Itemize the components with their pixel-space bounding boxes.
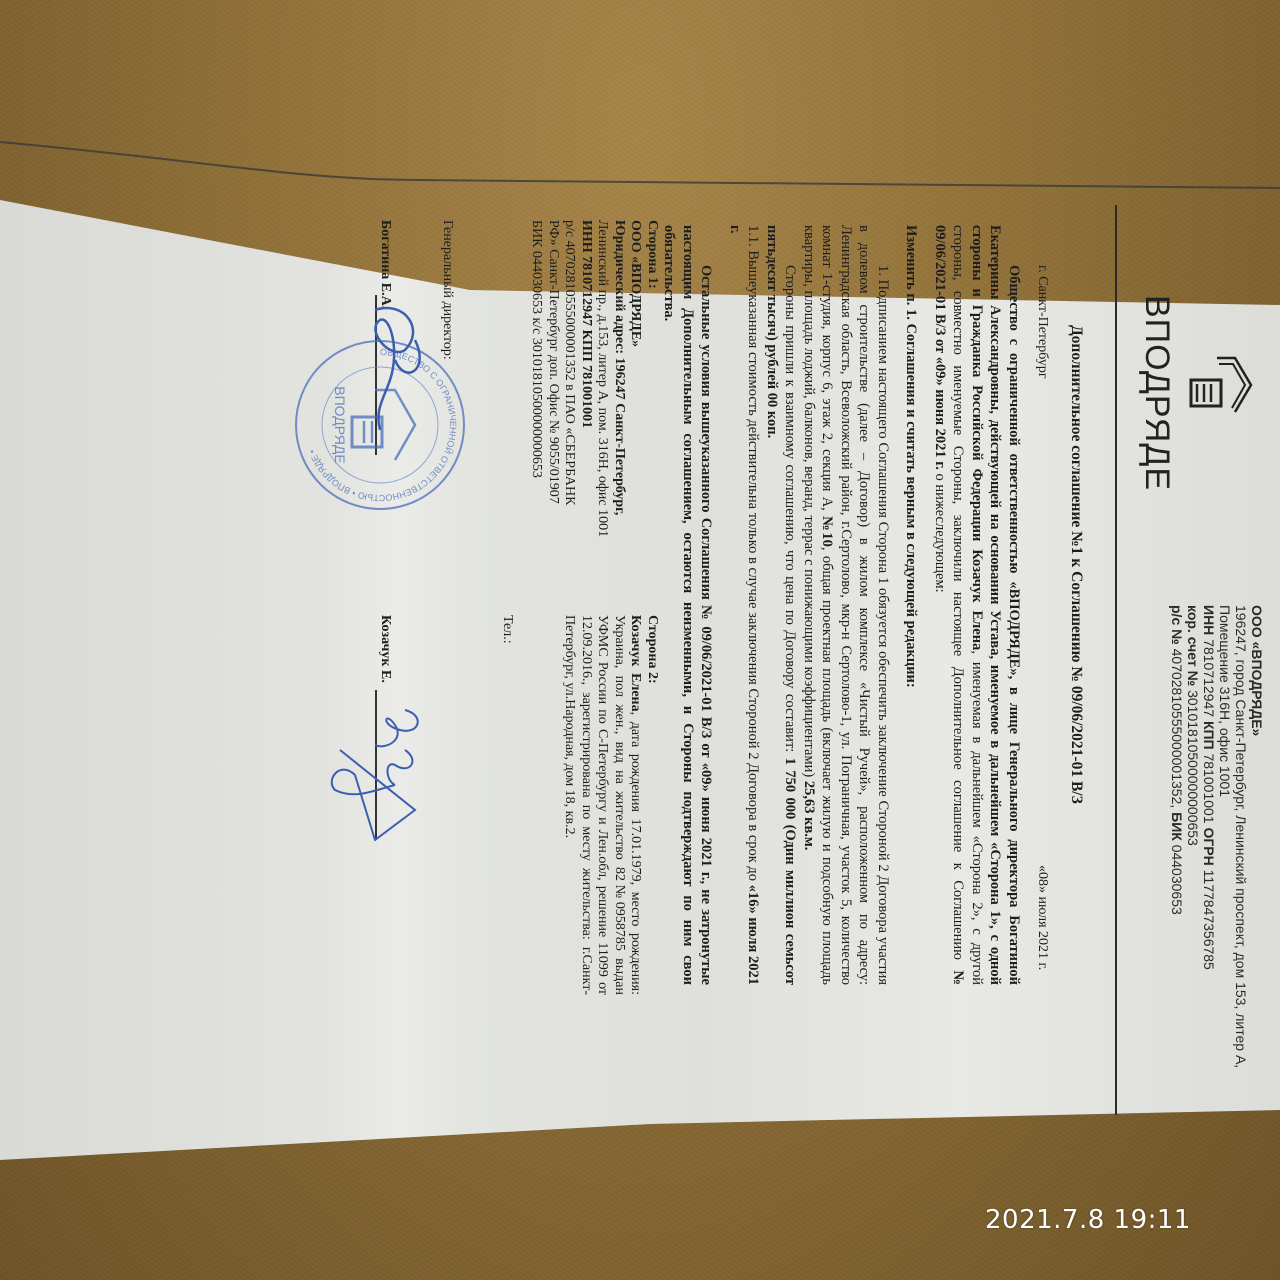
document-page: ВПОДРЯДЕ ООО «ВПОДРЯДЕ» 196247, город Са… [45, 185, 1195, 1115]
clause-1-1: 1.1. Вышеуказанная стоимость действитель… [726, 225, 763, 985]
price-clause: Стороны пришли к взаимному соглашению, ч… [763, 225, 800, 985]
header-divider [1116, 205, 1118, 1115]
document-date: «08» июля 2021 г. [1034, 865, 1050, 970]
document-body: Общество с ограниченной ответственностью… [660, 225, 1023, 985]
camera-timestamp: 2021.7.8 19:11 [985, 1205, 1191, 1235]
logo-wordmark: ВПОДРЯДЕ [1137, 295, 1176, 491]
bleed-through-line [0, 140, 1280, 142]
company-kor-account: кор. счет № 30101810500000000653 [1185, 605, 1201, 1068]
party-2-phone-label: Тел.: [499, 615, 515, 644]
clause-1: 1. Подписанием настоящего Соглашения Сто… [800, 225, 893, 985]
company-details: ООО «ВПОДРЯДЕ» 196247, город Санкт-Петер… [1169, 605, 1265, 1068]
closing-clause: Остальные условия вышеуказанного Соглаше… [660, 225, 716, 985]
preamble: Общество с ограниченной ответственностью… [931, 225, 1024, 985]
change-heading: Изменить п. 1. Соглашения и считать верн… [902, 225, 921, 985]
company-rs-account: р/с № 40702810555000001352, БИК 04403065… [1169, 605, 1185, 1068]
company-logo: ВПОДРЯДЕ [1130, 295, 1200, 545]
house-logo-icon [1185, 350, 1255, 420]
company-address: 196247, город Санкт-Петербург, Ленинский… [1233, 605, 1249, 1068]
company-name: ООО «ВПОДРЯДЕ» [1249, 605, 1265, 1068]
party-2-signature [325, 690, 435, 860]
company-ids: ИНН 7810712947 КПП 781001001 ОГРН 117784… [1201, 605, 1217, 1068]
document-city: г. Санкт-Петербург [1034, 265, 1050, 379]
company-premises: Помещение 316Н, офис 1001 [1217, 605, 1233, 1068]
party-1-signature [345, 290, 435, 450]
document-title: Дополнительное соглашение №1 к Соглашени… [1067, 325, 1085, 804]
party-1-details: Сторона 1: ООО «ВПОДРЯДЕ» Юридический ад… [528, 220, 660, 600]
party-2-details: Сторона 2: Козачук Елена, дата рождения … [561, 615, 660, 995]
party-2-signatory: Козачук Е. [377, 615, 393, 683]
